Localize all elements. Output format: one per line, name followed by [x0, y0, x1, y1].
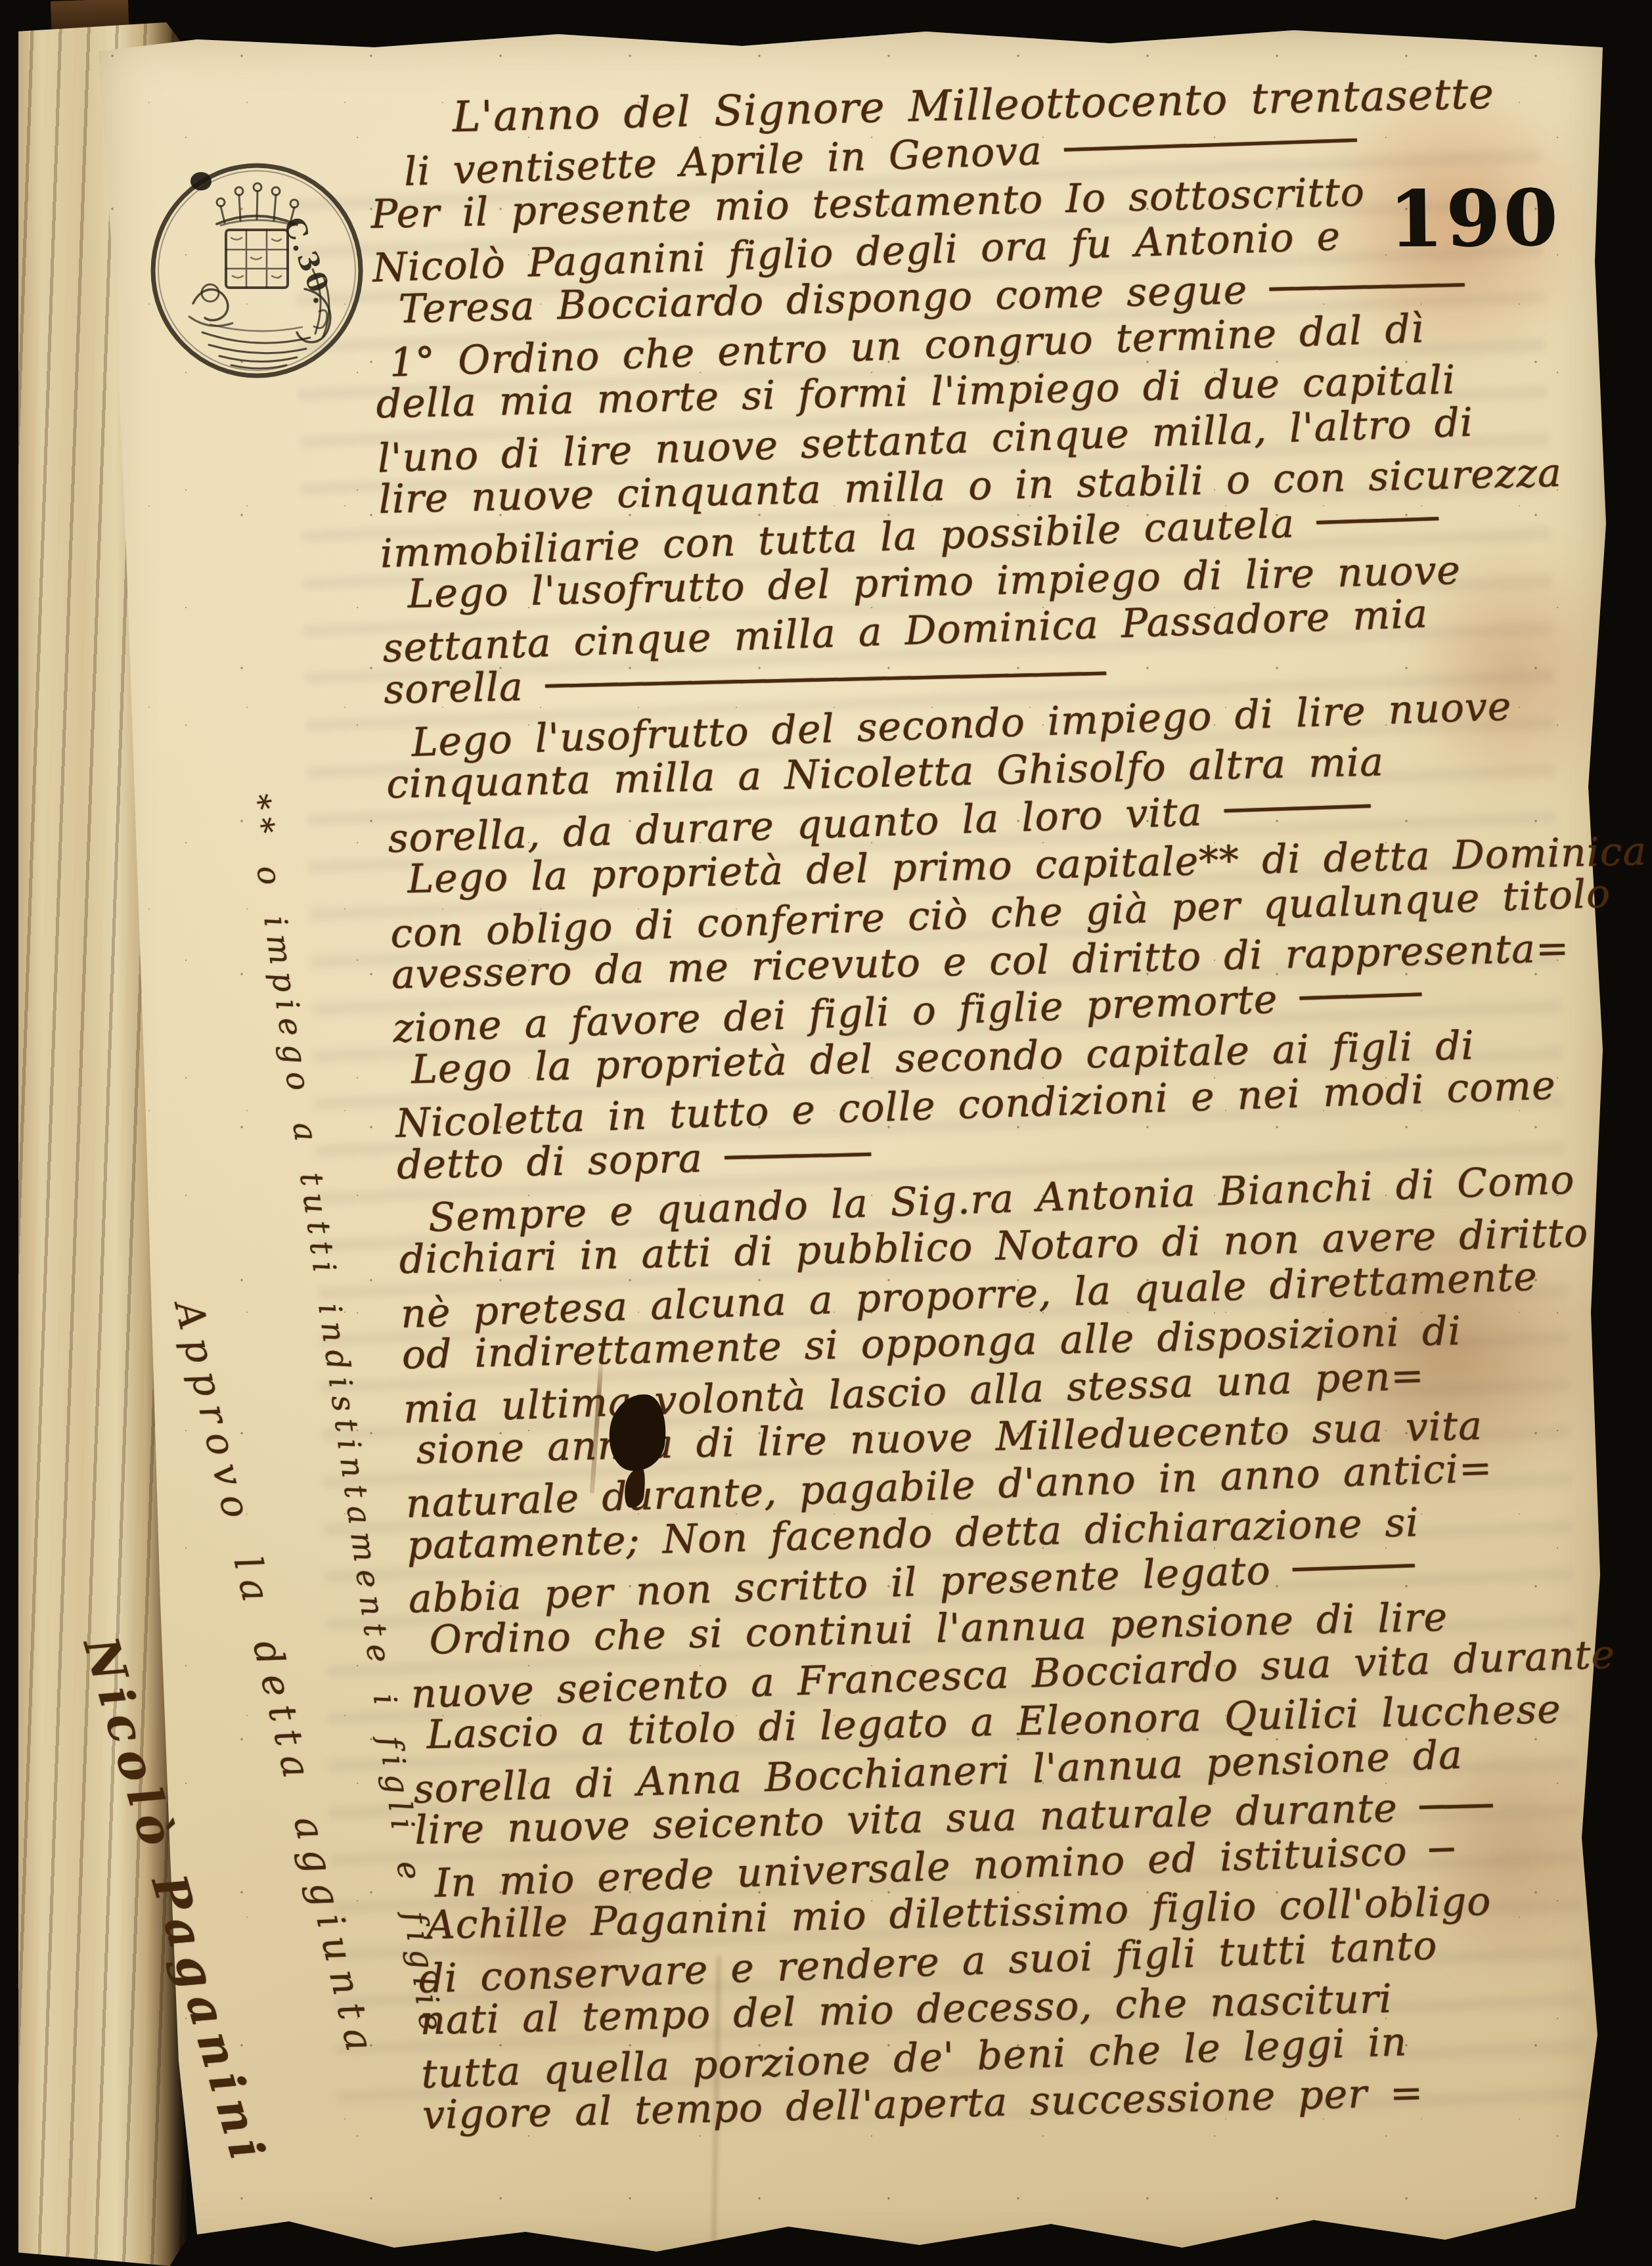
- manuscript-text: L'anno del Signore Milleottocento trenta…: [368, 66, 1645, 2143]
- revenue-stamp-seal: C.30.: [147, 160, 367, 381]
- manuscript-scan: C.30. 190 L'anno del Signore Milleottoce…: [0, 0, 1652, 2266]
- coat-of-arms-icon: [147, 160, 367, 381]
